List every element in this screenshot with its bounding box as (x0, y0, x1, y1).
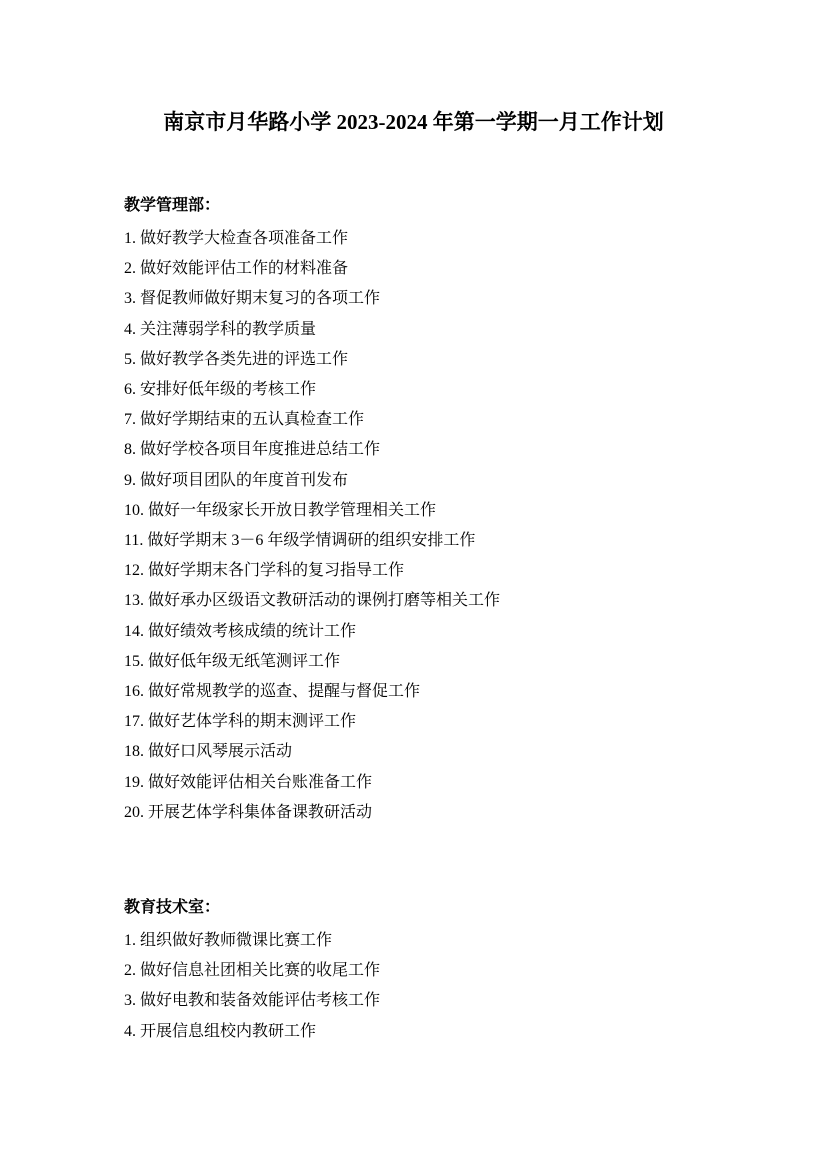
list-item: 1. 做好教学大检查各项准备工作 (124, 224, 703, 254)
section-education-technology: 教育技术室： 1. 组织做好教师微课比赛工作2. 做好信息社团相关比赛的收尾工作… (124, 893, 703, 1047)
list-item: 1. 组织做好教师微课比赛工作 (124, 926, 703, 956)
section-heading-teaching-management: 教学管理部： (124, 191, 703, 221)
list-item: 3. 督促教师做好期末复习的各项工作 (124, 284, 703, 314)
list-item: 17. 做好艺体学科的期末测评工作 (124, 707, 703, 737)
list-item: 7. 做好学期结束的五认真检查工作 (124, 405, 703, 435)
list-item: 18. 做好口风琴展示活动 (124, 737, 703, 767)
list-item: 10. 做好一年级家长开放日教学管理相关工作 (124, 496, 703, 526)
list-item: 3. 做好电教和装备效能评估考核工作 (124, 986, 703, 1016)
list-item: 4. 关注薄弱学科的教学质量 (124, 315, 703, 345)
list-item: 15. 做好低年级无纸笔测评工作 (124, 647, 703, 677)
list-item: 5. 做好教学各类先进的评选工作 (124, 345, 703, 375)
work-item-list: 1. 做好教学大检查各项准备工作2. 做好效能评估工作的材料准备3. 督促教师做… (124, 224, 703, 828)
list-item: 2. 做好效能评估工作的材料准备 (124, 254, 703, 284)
section-teaching-management: 教学管理部： 1. 做好教学大检查各项准备工作2. 做好效能评估工作的材料准备3… (124, 191, 703, 828)
list-item: 8. 做好学校各项目年度推进总结工作 (124, 435, 703, 465)
document-page: 南京市月华路小学 2023-2024 年第一学期一月工作计划 教学管理部： 1.… (0, 0, 827, 1170)
list-item: 16. 做好常规教学的巡查、提醒与督促工作 (124, 677, 703, 707)
list-item: 11. 做好学期末 3－6 年级学情调研的组织安排工作 (124, 526, 703, 556)
list-item: 19. 做好效能评估相关台账准备工作 (124, 768, 703, 798)
list-item: 6. 安排好低年级的考核工作 (124, 375, 703, 405)
list-item: 13. 做好承办区级语文教研活动的课例打磨等相关工作 (124, 586, 703, 616)
section-heading-education-technology: 教育技术室： (124, 893, 703, 923)
list-item: 14. 做好绩效考核成绩的统计工作 (124, 617, 703, 647)
list-item: 12. 做好学期末各门学科的复习指导工作 (124, 556, 703, 586)
list-item: 2. 做好信息社团相关比赛的收尾工作 (124, 956, 703, 986)
list-item: 9. 做好项目团队的年度首刊发布 (124, 466, 703, 496)
document-title: 南京市月华路小学 2023-2024 年第一学期一月工作计划 (124, 108, 703, 136)
work-item-list: 1. 组织做好教师微课比赛工作2. 做好信息社团相关比赛的收尾工作3. 做好电教… (124, 926, 703, 1047)
list-item: 20. 开展艺体学科集体备课教研活动 (124, 798, 703, 828)
list-item: 4. 开展信息组校内教研工作 (124, 1017, 703, 1047)
